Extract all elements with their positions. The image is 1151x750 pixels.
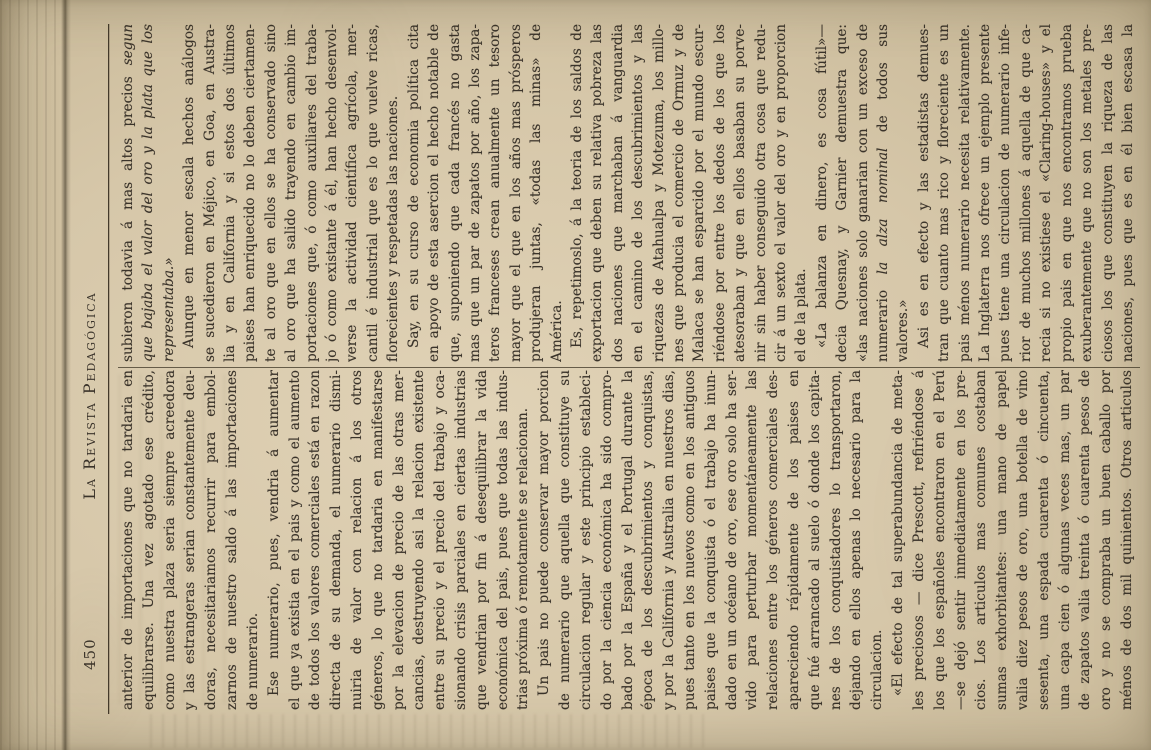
text-line: como nuestra plaza seria siempre acreedo…	[160, 370, 181, 710]
text-line: los que los españoles encontraron en el …	[930, 370, 951, 710]
text-line: de zapatos valia treinta ó cuarenta peso…	[1075, 370, 1096, 710]
text-line: nes que producia el comercio de Ormuz y …	[669, 24, 689, 362]
text-line: paises que la conquista ó el trabajo ha …	[701, 370, 722, 710]
text-line: Es, repetimoslo, á la teoria de los sald…	[567, 24, 587, 362]
text-line: pues tanto en los nuevos como en los ant…	[680, 370, 701, 710]
text-line: época de los descubrimientos y conquista…	[638, 370, 659, 710]
text-line: sesenta, una espada cuarenta ó cincuenta…	[1034, 370, 1055, 710]
text-line: Ese numerario, pues, vendria á aumentar	[264, 370, 285, 710]
text-line: subieron todavia á mas altos precios seg…	[118, 24, 138, 362]
text-line: ciosos los que constituyen la riqueza de…	[1098, 24, 1118, 362]
text-line: nuiria de valor con relacion á los otros	[347, 370, 368, 710]
text-line: produjeran juntas, «todas las minas» de	[526, 24, 546, 362]
text-line: riquezas de Atahualpa y Motezuma, los mi…	[649, 24, 669, 362]
text-line: nir sin haber conseguido otra cosa que r…	[751, 24, 771, 362]
text-line: dado en un océano de oro, ese oro solo h…	[722, 370, 743, 710]
text-line: al oro que ha salido trayendo en cambio …	[281, 24, 301, 362]
text-line: jo ó como existante á él, han hecho dese…	[322, 24, 342, 362]
text-line: «El efecto de tal superabundancia de met…	[888, 370, 909, 710]
text-line: por la elevacion de precio de las otras …	[389, 370, 410, 710]
text-line: sumas exhorbitantes: una mano de papel	[992, 370, 1013, 710]
text-line: América.	[547, 24, 567, 362]
text-line: económica del pais, pues que todas las i…	[493, 370, 514, 710]
text-line: Malaca se han esparcido por el mundo esc…	[689, 24, 709, 362]
text-line: te al oro que en ellos se ha conservado …	[261, 24, 281, 362]
text-line: do por la ciencia económica ha sido comp…	[597, 370, 618, 710]
text-line: cancias, destruyendo asi la relacion exi…	[409, 370, 430, 710]
text-line: relaciones entre los géneros comerciales…	[763, 370, 784, 710]
text-line: anterior de importaciones que no tardari…	[118, 370, 139, 710]
text-line: en el camino de los descubrimientos y la…	[628, 24, 648, 362]
text-line: de numerario que aquella que constituye …	[555, 370, 576, 710]
text-line: géneros, lo que no tardaria en manifesta…	[368, 370, 389, 710]
text-line: recia si no existiese el «Claring-houses…	[1036, 24, 1056, 362]
page-top-edge	[0, 0, 63, 750]
text-line: propio pais en que nos encontramos prueb…	[1057, 24, 1077, 362]
text-line: que bajaba el valor del oro y la plata q…	[138, 24, 158, 362]
text-line: tran que cuanto mas rico y floreciente e…	[934, 24, 954, 362]
text-line: verse la actividad científica agrícola, …	[342, 24, 362, 362]
text-line: trias próxima ó remotamente se relaciona…	[513, 370, 534, 710]
text-line: paises han enriquecido no lo deben ciert…	[240, 24, 260, 362]
text-line: «las naciones solo ganarian con un exces…	[853, 24, 873, 362]
text-line: en apoyo de esta asercion el hecho notab…	[424, 24, 444, 362]
text-line: nes de los conquistadores lo transportar…	[826, 370, 847, 710]
text-line: el de la plata.	[791, 24, 811, 362]
text-line: florecientes y respetadas las naciones.	[383, 24, 403, 362]
text-line: riéndose por entre los dedos de los que …	[710, 24, 730, 362]
text-line: doras, necesitariamos recurrir para embo…	[201, 370, 222, 710]
text-line: circulacion.	[867, 370, 888, 710]
text-line: que vendrian por fin á desequilibrar la …	[472, 370, 493, 710]
text-line: equilibrarse. Una vez agotado ese crédit…	[139, 370, 160, 710]
text-line: el que ya existia en el pais y como el a…	[285, 370, 306, 710]
text-line: cir á un sexto el valor del oro y en pro…	[771, 24, 791, 362]
text-line: se sucedieron en Méjico, en Goa, en Aust…	[200, 24, 220, 362]
running-head: 450 La Revista Pedagógica	[80, 24, 102, 712]
text-line: representaba.»	[159, 24, 179, 362]
text-line: dejando en ellos apenas lo necesario par…	[846, 370, 867, 710]
text-line: de todos los valores comerciales está en…	[305, 370, 326, 710]
text-line: y por la California y Australia en nuest…	[659, 370, 680, 710]
text-line: atesoraban y que en ellos basaban su por…	[730, 24, 750, 362]
text-line: portaciones que, ó como auxiliares del t…	[302, 24, 322, 362]
text-line: decia Quesnay, y Garnier demuestra que:	[832, 24, 852, 362]
text-line: ménos de dos mil quinientos. Otros artic…	[1117, 370, 1138, 710]
text-line: de numerario.	[243, 370, 264, 710]
text-line: exuberantemente que no son los metales p…	[1077, 24, 1097, 362]
text-line: Asi es en efecto y las estadistas demues…	[914, 24, 934, 362]
text-line: pais ménos numerario necesita relativame…	[955, 24, 975, 362]
text-line: dos naciones que marchaban á vanguardia	[608, 24, 628, 362]
text-line: que fué arrancado al suelo ó donde los c…	[805, 370, 826, 710]
text-line: Say, en su curso de economia política ci…	[404, 24, 424, 362]
text-line: exportacion que deben su relativa pobrez…	[587, 24, 607, 362]
text-line: que, suponiendo que cada francés no gast…	[445, 24, 465, 362]
text-line: vido para perturbar momentáneamente las	[742, 370, 763, 710]
text-line: cantil é industrial que es lo que vuelve…	[363, 24, 383, 362]
text-line: apareciendo rápidamente de los paises en	[784, 370, 805, 710]
journal-title: La Revista Pedagógica	[80, 79, 99, 712]
text-line: oro y no se compraba un buen caballo por	[1096, 370, 1117, 710]
text-line: lia y en California y si estos dos últim…	[220, 24, 240, 362]
text-line: les preciosos — dice Prescott, refiriénd…	[909, 370, 930, 710]
fold-shadow	[61, 0, 71, 750]
text-line: circulacion regular y este principio est…	[576, 370, 597, 710]
text-column-left: anterior de importaciones que no tardari…	[118, 370, 1138, 710]
text-line: teros franceses crean anualmente un teso…	[485, 24, 505, 362]
text-line: y las estrangeras serian constantemente …	[180, 370, 201, 710]
header-rule	[108, 24, 109, 714]
text-line: —se dejó sentir inmediatamente en los pr…	[951, 370, 972, 710]
text-line: Un pais no puede conservar mayor porcion	[534, 370, 555, 710]
column-divider-rule	[118, 367, 1140, 368]
text-line: cios. Los articulos mas comunes costaban	[971, 370, 992, 710]
text-line: naciones, pues que es en él bien escasa …	[1118, 24, 1138, 362]
scanned-page-photo: 450 La Revista Pedagógica anterior de im…	[0, 0, 1151, 750]
bleedthrough-ghosting	[150, 714, 705, 748]
text-line: zarnos de nuestro saldo á las importacio…	[222, 370, 243, 710]
text-line: valores.»	[893, 24, 913, 362]
text-line: sionando crisis parciales en ciertas ind…	[451, 370, 472, 710]
text-line: directa de su demanda, el numerario dism…	[326, 370, 347, 710]
text-line: mas que un par de zapatos por año, los z…	[465, 24, 485, 362]
text-line: mayor que el que en los años mas prósper…	[506, 24, 526, 362]
text-line: una capa cien ó algunas veces mas, un pa…	[1055, 370, 1076, 710]
text-line: «La balanza en dinero, es cosa fútil»—	[812, 24, 832, 362]
text-line: bado por la España y el Portugal durante…	[618, 370, 639, 710]
text-line: La Inglaterra nos ofrece un ejemplo pres…	[975, 24, 995, 362]
text-line: rior de muchos millones á aquella de que…	[1016, 24, 1036, 362]
text-line: numerario la alza nominal de todos sus	[873, 24, 893, 362]
text-line: entre su precio y el precio del trabajo …	[430, 370, 451, 710]
text-line: valia diez pesos de oro, una botella de …	[1013, 370, 1034, 710]
text-column-right: subieron todavia á mas altos precios seg…	[118, 24, 1138, 362]
text-line: pues tiene una circulacion de numerario …	[995, 24, 1015, 362]
text-line: Aunque en menor escala hechos análogos	[179, 24, 199, 362]
book-page: 450 La Revista Pedagógica anterior de im…	[0, 0, 1151, 750]
